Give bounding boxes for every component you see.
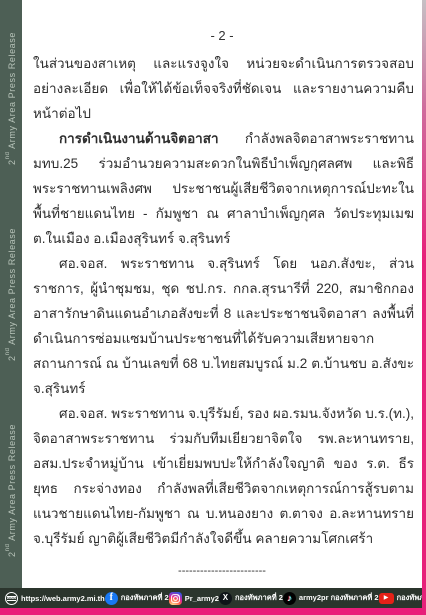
footer-link-label: กองทัพภาคที่ 2 (235, 592, 283, 604)
body-paragraph: ศอ.จอส. พระราชทาน จ.สุรินทร์ โดย นอภ.สัง… (33, 251, 414, 401)
youtube-icon: ▶ (379, 593, 394, 604)
banner-text: 2nd Army Area Press Release (5, 424, 17, 557)
banner-text: 2nd Army Area Press Release (5, 228, 17, 361)
bottom-accent-strip (0, 608, 426, 615)
banner-text: 2nd Army Area Press Release (5, 32, 17, 165)
footer-link-x[interactable]: X กองทัพภาคที่ 2 (219, 592, 283, 605)
footer-link-instagram[interactable]: Pr_army2 (169, 592, 219, 605)
footer-link-facebook[interactable]: f กองทัพภาคที่ 2 (105, 592, 169, 605)
body-paragraph: ในส่วนของสาเหตุ และแรงจูงใจ หน่วยจะดำเนิ… (33, 51, 414, 126)
footer-link-label: army2pr กองทัพภาคที่ 2 (299, 592, 379, 604)
footer-link-tiktok[interactable]: ♪ army2pr กองทัพภาคที่ 2 (283, 592, 379, 605)
footer-social-bar: www https://web.army2.mi.th f กองทัพภาคท… (0, 588, 426, 608)
press-release-banner: 2nd Army Area Press Release 2nd Army Are… (0, 0, 22, 588)
instagram-icon (169, 592, 182, 605)
right-accent-strip (422, 0, 426, 615)
facebook-icon: f (105, 592, 118, 605)
footer-link-youtube[interactable]: ▶ กองทัพภาคที่ 2 (379, 592, 426, 604)
footer-link-label: https://web.army2.mi.th (21, 594, 105, 603)
footer-link-label: กองทัพภาคที่ 2 (121, 592, 169, 604)
body-paragraph: ศอ.จอส. พระราชทาน จ.บุรีรัมย์, รอง ผอ.รม… (33, 401, 414, 551)
tiktok-icon: ♪ (283, 592, 296, 605)
footer-link-website[interactable]: www https://web.army2.mi.th (5, 592, 105, 605)
paragraph-heading: การดำเนินงานด้านจิตอาสา (59, 131, 219, 146)
footer-link-label: Pr_army2 (185, 594, 219, 603)
globe-icon: www (5, 592, 18, 605)
x-icon: X (219, 592, 232, 605)
body-paragraph: การดำเนินงานด้านจิตอาสา กำลังพลจิตอาสาพร… (33, 126, 414, 251)
page-number: - 2 - (22, 28, 422, 43)
document-body: ในส่วนของสาเหตุ และแรงจูงใจ หน่วยจะดำเนิ… (22, 51, 422, 551)
end-divider: ------------------------ (22, 565, 422, 577)
document-page: - 2 - ในส่วนของสาเหตุ และแรงจูงใจ หน่วยจ… (22, 0, 422, 588)
